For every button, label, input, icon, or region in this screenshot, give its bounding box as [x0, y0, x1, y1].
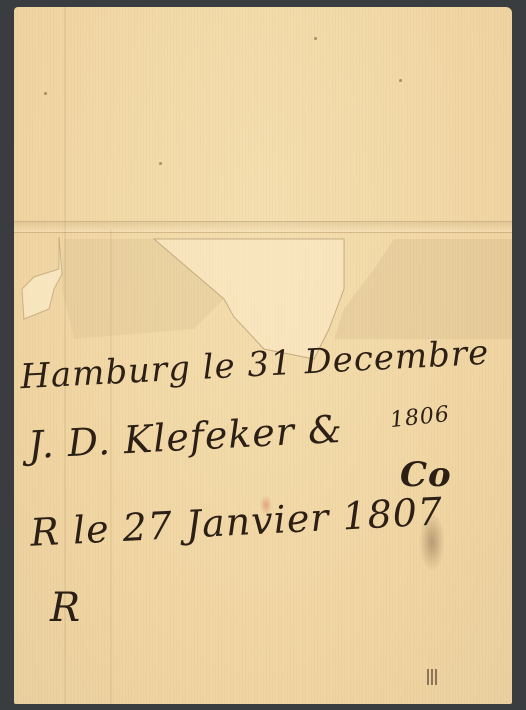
paper-spot [44, 92, 47, 95]
paper-spot [159, 162, 162, 165]
paper-spot [399, 79, 402, 82]
company-suffix: Co [400, 455, 452, 495]
paper-spot [314, 37, 317, 40]
small-stamp-mark [427, 669, 437, 685]
reply-mark: R [50, 585, 81, 631]
